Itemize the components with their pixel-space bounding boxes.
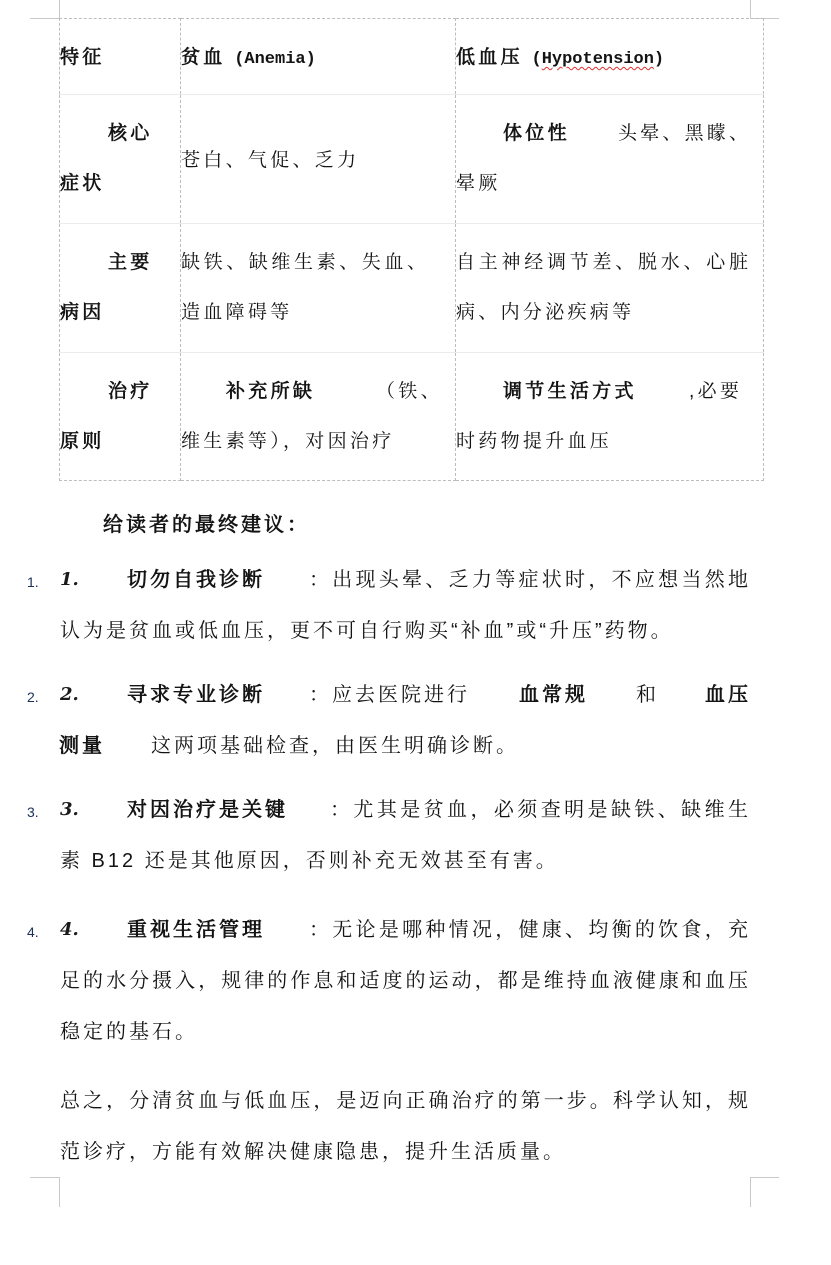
table-row: 治疗 原则 补充所缺 （铁、 维生素等），对因治疗 调节生活方式 ,必要 时药物… [60,353,764,481]
cell-hypotension[interactable]: 体位性 头晕、黑矇、 晕厥 [456,95,764,224]
item-bold-bp-part2: 测量 [59,734,105,758]
item-text-line1: ：无论是哪种情况，健康、均衡的饮食，充 [309,918,749,942]
comparison-table: 特征 贫血 (Anemia) 低血压 (Hypotension) 核心 症状 苍… [59,18,764,481]
item-number: 2. [60,683,79,707]
cell-feature[interactable]: 主要 病因 [60,224,181,353]
header-anemia-label: 贫血 (Anemia) [181,46,316,72]
conclusion-line2: 范诊疗，方能有效解决健康隐患，提升生活质量。 [60,1140,566,1164]
anemia-bold-term: 补充所缺 [226,380,315,404]
item-text-line1: ：应去医院进行 [309,683,470,707]
item-text-line3: 稳定的基石。 [60,1020,198,1044]
header-hypotension-zh: 低血压 [456,47,523,68]
feature-label-line1: 核心 [108,122,153,146]
item-term: 重视生活管理 [127,918,265,942]
feature-label-line1: 主要 [108,251,153,275]
item-text-line2: 这两项基础检查，由医生明确诊断。 [151,734,519,758]
page-corner-bottom-right-vertical [750,1177,751,1207]
item-bold-blood-routine: 血常规 [519,683,588,707]
hypotension-text-line1: 头晕、黑矇、 [618,122,749,146]
cell-feature[interactable]: 核心 症状 [60,95,181,224]
list-marker: 1. [27,570,39,594]
cell-anemia[interactable]: 苍白、气促、乏力 [181,95,456,224]
anemia-text-line1: 苍白、气促、乏力 [181,149,359,173]
cell-hypotension[interactable]: 调节生活方式 ,必要 时药物提升血压 [456,353,764,481]
cell-feature[interactable]: 治疗 原则 [60,353,181,481]
header-cell-feature[interactable]: 特征 [60,19,181,95]
spellcheck-flagged-word[interactable]: Hypotension [542,50,654,69]
page-corner-top-right-vertical [750,0,751,18]
table-header-row: 特征 贫血 (Anemia) 低血压 (Hypotension) [60,19,764,95]
table-row: 主要 病因 缺铁、缺维生素、失血、 造血障碍等 自主神经调节差、脱水、心脏 病、… [60,224,764,353]
page-corner-top-left-horizontal [30,18,59,19]
anemia-text-line2: 造血障碍等 [181,301,293,325]
item-text-line1: ：出现头晕、乏力等症状时，不应想当然地 [309,568,749,592]
item-connector: 和 [636,683,659,707]
hypotension-text-line2: 晕厥 [456,172,501,196]
list-marker: 3. [27,800,39,824]
item-text-line1: ：尤其是贫血，必须查明是缺铁、缺维生 [330,798,749,822]
anemia-text-line2: 维生素等），对因治疗 [181,430,395,454]
page-corner-top-left-vertical [59,0,60,18]
item-text-line2: 足的水分摄入，规律的作息和适度的运动，都是维持血液健康和血压 [60,969,749,993]
header-cell-anemia[interactable]: 贫血 (Anemia) [181,19,456,95]
cell-anemia[interactable]: 补充所缺 （铁、 维生素等），对因治疗 [181,353,456,481]
feature-label-line2: 病因 [60,301,105,325]
page-corner-bottom-left-horizontal [30,1177,59,1178]
cell-hypotension[interactable]: 自主神经调节差、脱水、心脏 病、内分泌疾病等 [456,224,764,353]
item-number: 3. [60,798,79,822]
anemia-text-line1: 缺铁、缺维生素、失血、 [181,251,427,275]
header-hypotension-en-close: ) [654,50,664,69]
hypotension-text-line2: 时药物提升血压 [456,430,612,454]
page-corner-bottom-left-vertical [59,1177,60,1207]
item-number: 1. [60,568,79,592]
conclusion-line1: 总之，分清贫血与低血压，是迈向正确治疗的第一步。科学认知，规 [60,1089,749,1113]
cell-anemia[interactable]: 缺铁、缺维生素、失血、 造血障碍等 [181,224,456,353]
page-corner-bottom-right-horizontal [750,1177,779,1178]
feature-label-line2: 原则 [60,430,105,454]
advice-heading: 给读者的最终建议： [103,513,310,537]
hypotension-text-line1: ,必要 [689,380,742,404]
item-term: 寻求专业诊断 [127,683,265,707]
hypotension-bold-term: 体位性 [503,122,570,146]
feature-label-line2: 症状 [60,172,105,196]
header-anemia-en: (Anemia) [234,50,316,69]
header-feature-label: 特征 [60,46,105,70]
item-term: 切勿自我诊断 [127,568,265,592]
header-hypotension-en-open: ( [532,50,542,69]
feature-label-line1: 治疗 [108,380,153,404]
header-cell-hypotension[interactable]: 低血压 (Hypotension) [456,19,764,95]
hypotension-text-line2: 病、内分泌疾病等 [456,301,634,325]
hypotension-bold-term: 调节生活方式 [503,380,637,404]
item-text-line2: 认为是贫血或低血压，更不可自行购买“补血”或“升压”药物。 [60,619,674,643]
anemia-text-line1: （铁、 [376,380,443,404]
item-term: 对因治疗是关键 [127,798,288,822]
item-bold-bp-part1: 血压 [705,683,751,707]
list-marker: 2. [27,685,39,709]
list-marker: 4. [27,920,39,944]
item-number: 4. [60,918,79,942]
table-row: 核心 症状 苍白、气促、乏力 体位性 头晕、黑矇、 晕厥 [60,95,764,224]
item-text-line2: 素 B12 还是其他原因，否则补充无效甚至有害。 [60,849,559,873]
header-hypotension-label: 低血压 (Hypotension) [456,46,664,72]
hypotension-text-line1: 自主神经调节差、脱水、心脏 [456,251,749,275]
header-anemia-zh: 贫血 [181,47,226,68]
